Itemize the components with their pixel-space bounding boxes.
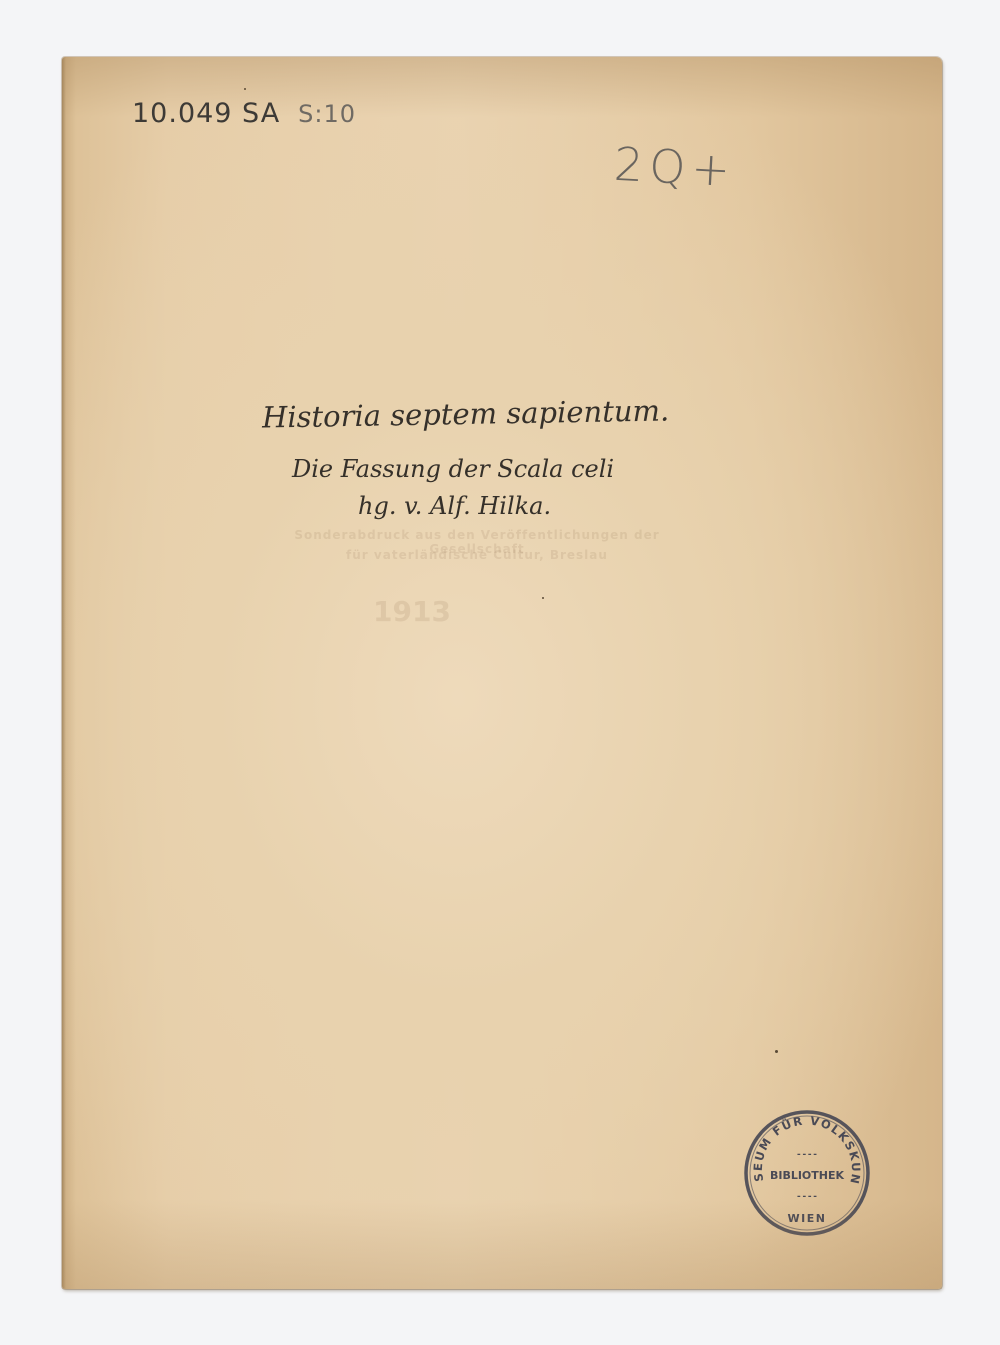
paper-speck — [244, 88, 246, 90]
svg-text:----: ---- — [796, 1192, 818, 1202]
library-stamp: MUSEUM FÜR VOLKSKUNDE WIEN ---- BIBLIOTH… — [743, 1109, 871, 1237]
bleed-through-year: 1913 — [332, 595, 492, 628]
handwritten-title-line-3: hg. v. Alf. Hilka. — [358, 492, 551, 520]
paper-speck — [542, 597, 544, 599]
svg-text:BIBLIOTHEK: BIBLIOTHEK — [770, 1169, 845, 1182]
handwritten-title-line-2: Die Fassung der Scala celi — [292, 455, 614, 483]
svg-text:----: ---- — [796, 1150, 818, 1160]
pencil-note: 2Q+ — [613, 137, 738, 197]
handwritten-title-line-1: Historia septem sapientum. — [262, 393, 670, 434]
shelfmark-annotation: 10.049 SAS:10 — [132, 98, 356, 129]
shelfmark-number: 10.049 SA — [132, 98, 280, 129]
paper-speck — [775, 1050, 778, 1053]
bleed-through-line-2: für vaterländische Cultur, Breslau — [262, 548, 692, 562]
svg-text:WIEN: WIEN — [788, 1212, 827, 1225]
booklet-cover: 10.049 SAS:10 2Q+ Sonderabdruck aus den … — [62, 57, 942, 1289]
shelfmark-suffix: S:10 — [298, 100, 356, 128]
stamp-circle-icon: MUSEUM FÜR VOLKSKUNDE WIEN ---- BIBLIOTH… — [743, 1109, 871, 1237]
